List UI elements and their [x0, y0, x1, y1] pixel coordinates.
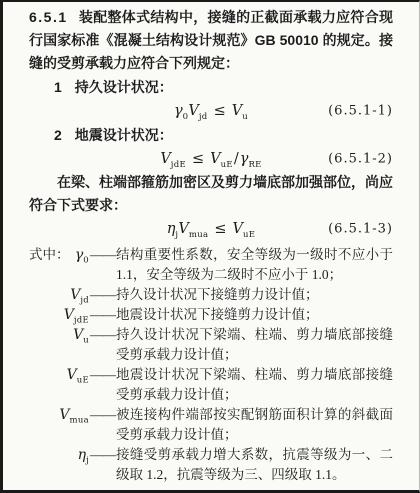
math-operator-divide: /	[234, 151, 239, 167]
symbol-vue: VuE	[67, 365, 89, 385]
formula-row-2: VjdE≤VuE/γRE (6.5.1-2)	[29, 147, 393, 171]
definition-text: 持久设计状况下接缝剪力设计值；	[116, 285, 393, 305]
equation-number-3: (6.5.1-3)	[328, 222, 393, 237]
definition-row-vjd: Vjd —— 持久设计状况下接缝剪力设计值；	[29, 285, 393, 305]
math-operator-leq: ≤	[192, 151, 204, 167]
symbol-gamma0: γ0	[75, 245, 89, 265]
math-var-v: V	[178, 221, 188, 237]
definition-text: 持久设计状况下梁端、柱端、剪力墙底部接缝受剪承载力设计值；	[116, 325, 393, 365]
symbol-vjde: VjdE	[64, 305, 89, 325]
symbol-etaj: ηj	[78, 445, 89, 465]
definition-dash: ——	[89, 245, 116, 265]
item-1-label: 持久设计状况：	[75, 79, 173, 95]
list-item-2: 2地震设计状况：	[29, 124, 393, 147]
definition-text: 接缝受剪承载力增大系数，抗震等级为一、二级取 1.2，抗震等级为三、四级取 1.…	[116, 445, 393, 485]
document-page: 6.5.1装配整体式结构中，接缝的正截面承载力应符合现行国家标准《混凝土结构设计…	[0, 0, 420, 493]
definition-dash: ——	[89, 285, 116, 305]
math-operator-leq: ≤	[214, 221, 226, 237]
math-subscript: uE	[221, 159, 233, 169]
math-subscript: jdE	[171, 159, 186, 169]
definition-dash: ——	[89, 325, 116, 345]
formula-row-3: ηjVmua≤VuE (6.5.1-3)	[29, 217, 393, 241]
definition-row-vue: VuE —— 地震设计状况下梁端、柱端、剪力墙底部接缝受剪承载力设计值；	[29, 365, 393, 405]
clause-paragraph: 6.5.1装配整体式结构中，接缝的正截面承载力应符合现行国家标准《混凝土结构设计…	[29, 6, 393, 75]
math-operator-leq: ≤	[214, 103, 226, 119]
formula-2: VjdE≤VuE/γRE	[160, 151, 261, 168]
item-2-label: 地震设计状况：	[75, 127, 173, 143]
math-var-v: V	[188, 103, 198, 119]
symbol-vmua: Vmua	[59, 405, 89, 425]
formula-3: ηjVmua≤VuE	[167, 221, 256, 238]
definition-text: 地震设计状况下梁端、柱端、剪力墙底部接缝受剪承载力设计值；	[116, 365, 393, 405]
definition-dash: ——	[89, 365, 116, 385]
clause-number: 6.5.1	[29, 9, 68, 25]
math-subscript: mua	[189, 229, 209, 239]
where-label: 式中：	[29, 245, 70, 265]
clause-text: 装配整体式结构中，接缝的正截面承载力应符合现行国家标准《混凝土结构设计规范》GB…	[29, 9, 393, 71]
math-var-v: V	[232, 103, 242, 119]
math-var-v: V	[233, 221, 243, 237]
definition-text: 结构重要性系数，安全等级为一级时不应小于 1.1，安全等级为二级时不应小于 1.…	[116, 245, 393, 285]
definition-row-vu: Vu —— 持久设计状况下梁端、柱端、剪力墙底部接缝受剪承载力设计值；	[29, 325, 393, 365]
list-item-1: 1持久设计状况：	[29, 76, 393, 99]
definition-dash: ——	[89, 405, 116, 425]
math-subscript: jd	[199, 111, 208, 121]
item-1-number: 1	[54, 79, 62, 95]
math-var-gamma: γ	[174, 103, 183, 119]
definition-text: 被连接构件端部按实配钢筋面积计算的斜截面受剪承载力设计值；	[116, 405, 393, 445]
equation-number-2: (6.5.1-2)	[328, 152, 393, 167]
math-subscript: uE	[243, 229, 255, 239]
math-subscript: RE	[248, 159, 261, 169]
definition-row-vjde: VjdE —— 地震设计状况下接缝剪力设计值；	[29, 305, 393, 325]
definition-dash: ——	[89, 445, 116, 465]
symbol-vu: Vu	[73, 325, 89, 345]
definition-row-gamma0: 式中：γ0 —— 结构重要性系数，安全等级为一级时不应小于 1.1，安全等级为二…	[29, 245, 393, 285]
definition-dash: ——	[89, 305, 116, 325]
equation-number-1: (6.5.1-1)	[328, 104, 393, 119]
extra-requirement-paragraph: 在梁、柱端部箍筋加密区及剪力墙底部加强部位，尚应符合下式要求：	[29, 171, 393, 217]
definition-row-etaj: ηj —— 接缝受剪承载力增大系数，抗震等级为一、二级取 1.2，抗震等级为三、…	[29, 445, 393, 485]
definition-row-vmua: Vmua —— 被连接构件端部按实配钢筋面积计算的斜截面受剪承载力设计值；	[29, 405, 393, 445]
definition-text: 地震设计状况下接缝剪力设计值；	[116, 305, 393, 325]
formula-row-1: γ0Vjd≤Vu (6.5.1-1)	[29, 99, 393, 123]
symbol-definitions: 式中：γ0 —— 结构重要性系数，安全等级为一级时不应小于 1.1，安全等级为二…	[29, 245, 393, 485]
math-var-v: V	[160, 151, 170, 167]
math-subscript: u	[242, 111, 248, 121]
item-2-number: 2	[54, 127, 62, 143]
math-var-v: V	[210, 151, 220, 167]
symbol-vjd: Vjd	[70, 285, 89, 305]
formula-1: γ0Vjd≤Vu	[174, 103, 248, 120]
